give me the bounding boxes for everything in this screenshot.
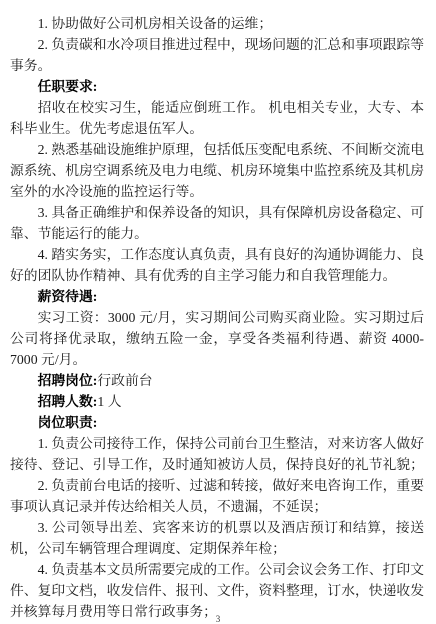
duty-item-3: 3. 公司领导出差、宾客来访的机票以及酒店预订和结算，接送机，公司车辆管理合理调… xyxy=(10,517,424,559)
recruit-headcount-value: 1 人 xyxy=(97,394,121,409)
duty-item-1: 1. 负责公司接待工作，保持公司前台卫生整洁，对来访客人做好接待、登记、引导工作… xyxy=(10,433,424,475)
heading-salary: 薪资待遇: xyxy=(10,286,424,307)
recruit-position-line: 招聘岗位:行政前台 xyxy=(10,370,424,391)
document-body: 1. 协助做好公司机房相关设备的运维； 2. 负责碳和水冷项目推进过程中，现场问… xyxy=(0,0,436,622)
heading-job-duties: 岗位职责: xyxy=(10,412,424,433)
intro-item-1: 1. 协助做好公司机房相关设备的运维； xyxy=(10,13,424,34)
recruit-position-label: 招聘岗位: xyxy=(38,373,98,388)
recruit-headcount-line: 招聘人数:1 人 xyxy=(10,391,424,412)
requirement-intro: 招收在校实习生，能适应倒班工作。 机电相关专业，大专、本科毕业生。优先考虑退伍军… xyxy=(10,97,424,139)
requirement-item-2: 2. 熟悉基础设施维护原理，包括低压变配电系统、不间断交流电源系统、机房空调系统… xyxy=(10,139,424,202)
recruit-headcount-label: 招聘人数: xyxy=(38,394,98,409)
document-page: 1. 协助做好公司机房相关设备的运维； 2. 负责碳和水冷项目推进过程中，现场问… xyxy=(0,0,436,624)
heading-job-requirements: 任职要求: xyxy=(10,76,424,97)
page-number: 3 xyxy=(0,614,436,624)
requirement-item-4: 4. 踏实务实，工作态度认真负责，具有良好的沟通协调能力、良好的团队协作精神、具… xyxy=(10,244,424,286)
salary-detail: 实习工资：3000 元/月，实习期间公司购买商业险。实习期过后公司将择优录取，缴… xyxy=(10,307,424,370)
duty-item-4: 4. 负责基本文员所需要完成的工作。公司会议会务工作、打印文件、复印文档，收发信… xyxy=(10,559,424,622)
intro-item-2: 2. 负责碳和水冷项目推进过程中，现场问题的汇总和事项跟踪等事务。 xyxy=(10,34,424,76)
requirement-item-3: 3. 具备正确维护和保养设备的知识，具有保障机房设备稳定、可靠、节能运行的能力。 xyxy=(10,202,424,244)
duty-item-2: 2. 负责前台电话的接听、过滤和转接，做好来电咨询工作，重要事项认真记录并传达给… xyxy=(10,475,424,517)
recruit-position-value: 行政前台 xyxy=(97,373,152,388)
